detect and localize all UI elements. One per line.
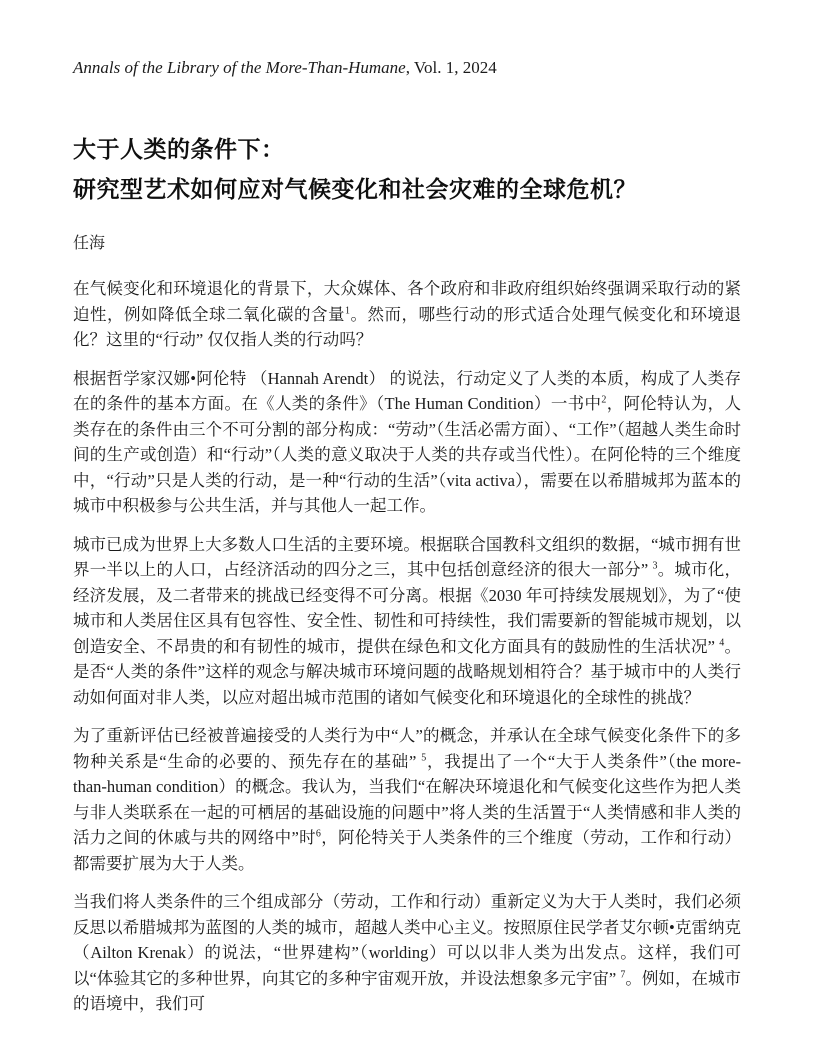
author-name: 任海 <box>73 233 741 255</box>
footnote-ref: 4 <box>719 637 724 648</box>
journal-volume: , Vol. 1, 2024 <box>406 58 497 77</box>
article-title-line-1: 大于人类的条件下： <box>73 129 741 169</box>
paragraph: 为了重新评估已经被普遍接受的人类行为中“人”的概念，并承认在全球气候变化条件下的… <box>73 723 741 876</box>
paragraph: 城市已成为世界上大多数人口生活的主要环境。根据联合国教科文组织的数据，“城市拥有… <box>73 532 741 711</box>
paragraph: 当我们将人类条件的三个组成部分（劳动，工作和行动）重新定义为大于人类时，我们必须… <box>73 889 741 1017</box>
footnote-ref: 1 <box>345 305 350 316</box>
journal-header: Annals of the Library of the More-Than-H… <box>73 57 741 79</box>
journal-title: Annals of the Library of the More-Than-H… <box>73 58 406 77</box>
footnote-ref: 7 <box>620 969 625 980</box>
article-title: 大于人类的条件下： 研究型艺术如何应对气候变化和社会灾难的全球危机？ <box>73 129 741 209</box>
footnote-ref: 5 <box>421 752 426 763</box>
document-page: Annals of the Library of the More-Than-H… <box>0 0 813 1055</box>
footnote-ref: 2 <box>601 395 606 406</box>
paragraph: 根据哲学家汉娜•阿伦特 （Hannah Arendt） 的说法，行动定义了人类的… <box>73 366 741 519</box>
paragraph: 在气候变化和环境退化的背景下，大众媒体、各个政府和非政府组织始终强调采取行动的紧… <box>73 276 741 353</box>
article-title-line-2: 研究型艺术如何应对气候变化和社会灾难的全球危机？ <box>73 169 741 209</box>
article-body: 在气候变化和环境退化的背景下，大众媒体、各个政府和非政府组织始终强调采取行动的紧… <box>73 276 741 1017</box>
footnote-ref: 6 <box>316 829 321 840</box>
footnote-ref: 3 <box>653 561 658 572</box>
